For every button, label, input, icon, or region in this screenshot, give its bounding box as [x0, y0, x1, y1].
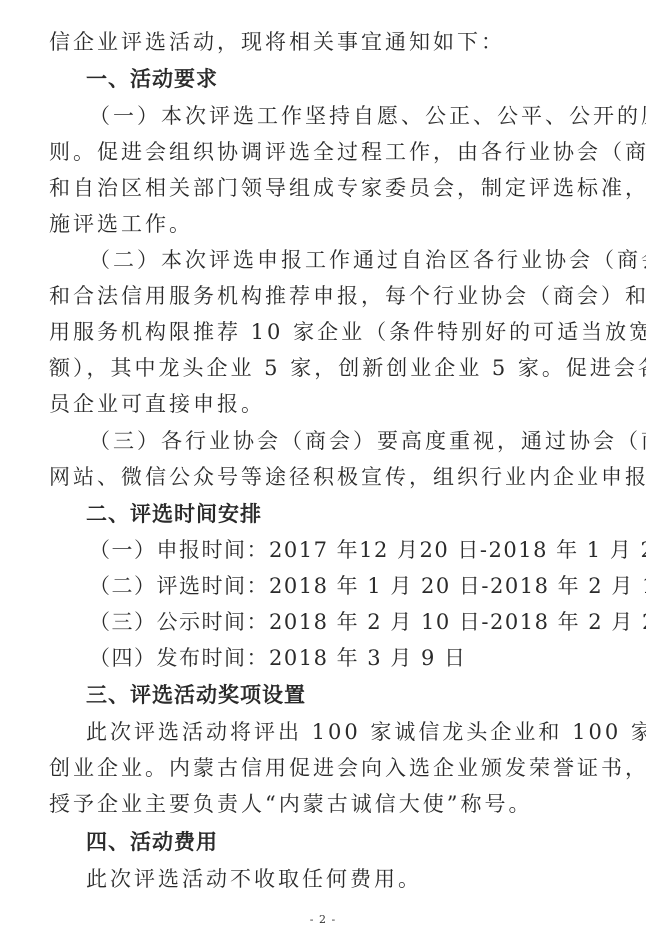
section-heading-3: 三、评选活动奖项设置	[86, 683, 306, 707]
paragraph-line: 和合法信用服务机构推荐申报，每个行业协会（商会）和信	[49, 284, 646, 308]
paragraph-line: （一）本次评选工作坚持自愿、公正、公平、公开的原	[89, 104, 646, 128]
schedule-item: （一）申报时间：2017 年12 月20 日-2018 年 1 月 20 日	[89, 538, 646, 562]
section-heading-2: 二、评选时间安排	[86, 502, 262, 526]
paragraph-line: 和自治区相关部门领导组成专家委员会，制定评选标准，实	[49, 176, 646, 200]
schedule-item: （四）发布时间：2018 年 3 月 9 日	[89, 646, 467, 670]
paragraph-line: 此次评选活动不收取任何费用。	[86, 867, 422, 891]
paragraph-line: （三）各行业协会（商会）要高度重视，通过协会（商会）	[89, 429, 646, 453]
schedule-item: （二）评选时间：2018 年 1 月 20 日-2018 年 2 月 10 日	[89, 574, 646, 598]
paragraph-line: 员企业可直接申报。	[49, 392, 265, 416]
paragraph-line: 则。促进会组织协调评选全过程工作，由各行业协会（商会）	[49, 140, 646, 164]
paragraph-line: 网站、微信公众号等途径积极宣传，组织行业内企业申报。	[49, 465, 646, 489]
paragraph-line: （二）本次评选申报工作通过自治区各行业协会（商会）	[89, 248, 646, 272]
paragraph-line: 施评选工作。	[49, 212, 193, 236]
paragraph-line: 此次评选活动将评出 100 家诚信龙头企业和 100 家诚信	[86, 720, 646, 744]
intro-line: 信企业评选活动，现将相关事宜通知如下：	[49, 30, 505, 54]
paragraph-line: 创业企业。内蒙古信用促进会向入选企业颁发荣誉证书，并	[49, 756, 646, 780]
schedule-item: （三）公示时间：2018 年 2 月 10 日-2018 年 2 月 25 日	[89, 610, 646, 634]
section-heading-4: 四、活动费用	[86, 830, 218, 854]
paragraph-line: 授予企业主要负责人“内蒙古诚信大使”称号。	[49, 792, 532, 816]
paragraph-line: 用服务机构限推荐 10 家企业（条件特别好的可适当放宽名	[49, 320, 646, 344]
page-number: - 2 -	[0, 913, 646, 926]
section-heading-1: 一、活动要求	[86, 67, 218, 91]
paragraph-line: 额），其中龙头企业 5 家，创新创业企业 5 家。促进会各会	[49, 356, 646, 380]
